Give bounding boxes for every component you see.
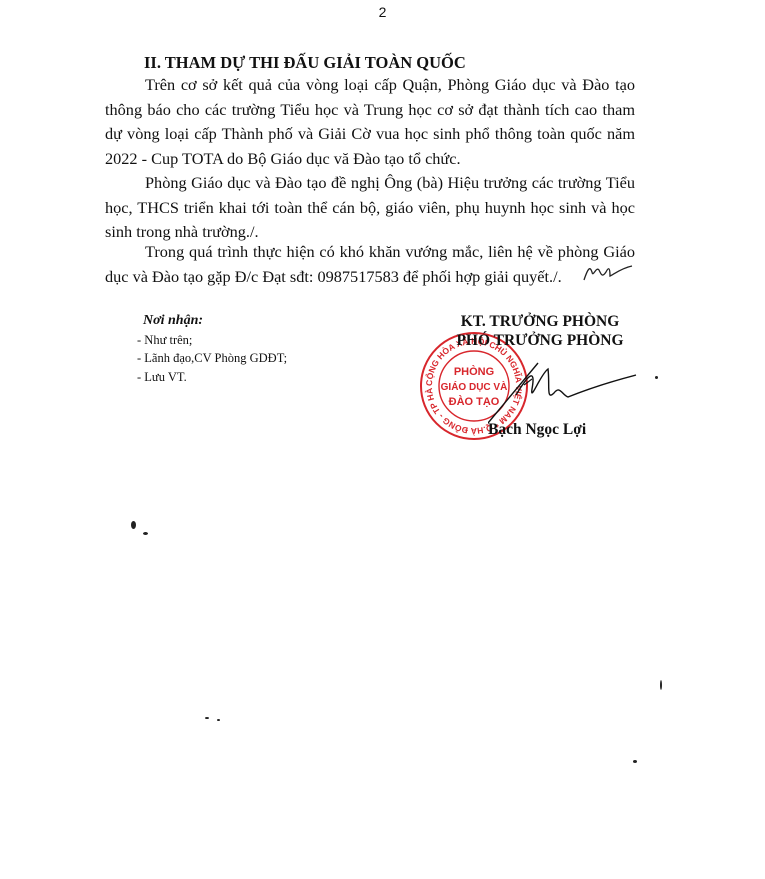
signature-title-block: KT. TRƯỞNG PHÒNG PHÓ TRƯỞNG PHÒNG — [440, 312, 640, 350]
signature-title-line: PHÓ TRƯỞNG PHÒNG — [440, 331, 640, 350]
signature-title-line: KT. TRƯỞNG PHÒNG — [440, 312, 640, 331]
scan-speck — [217, 719, 220, 721]
scan-speck — [205, 717, 209, 719]
scan-speck — [655, 376, 658, 379]
recipients-block: Nơi nhận: - Như trên; - Lãnh đạo,CV Phòn… — [137, 312, 287, 386]
recipient-item: - Lãnh đạo,CV Phòng GDĐT; — [137, 349, 287, 368]
scan-speck — [660, 680, 662, 690]
initials-mark — [580, 262, 635, 284]
paragraph-text: Phòng Giáo dục và Đào tạo đề nghị Ông (b… — [105, 173, 635, 241]
paragraph-contact: Trong quá trình thực hiện có khó khăn vư… — [105, 240, 635, 289]
signer-name: Bạch Ngọc Lợi — [488, 421, 586, 439]
recipient-item: - Lưu VT. — [137, 368, 287, 387]
scan-speck — [143, 532, 148, 535]
paragraph-text: Trên cơ sở kết quả của vòng loại cấp Quậ… — [105, 75, 635, 168]
section-heading: II. THAM DỰ THI ĐẤU GIẢI TOÀN QUỐC — [144, 53, 466, 73]
scan-speck — [633, 760, 637, 763]
paragraph-text: Trong quá trình thực hiện có khó khăn vư… — [105, 242, 635, 286]
paragraph-request: Phòng Giáo dục và Đào tạo đề nghị Ông (b… — [105, 171, 635, 245]
paragraph-results: Trên cơ sở kết quả của vòng loại cấp Quậ… — [105, 73, 635, 171]
recipient-item: - Như trên; — [137, 331, 287, 350]
page-number: 2 — [0, 4, 765, 20]
recipients-title: Nơi nhận: — [143, 312, 287, 331]
scan-speck — [131, 521, 136, 529]
handwritten-signature — [488, 355, 638, 425]
